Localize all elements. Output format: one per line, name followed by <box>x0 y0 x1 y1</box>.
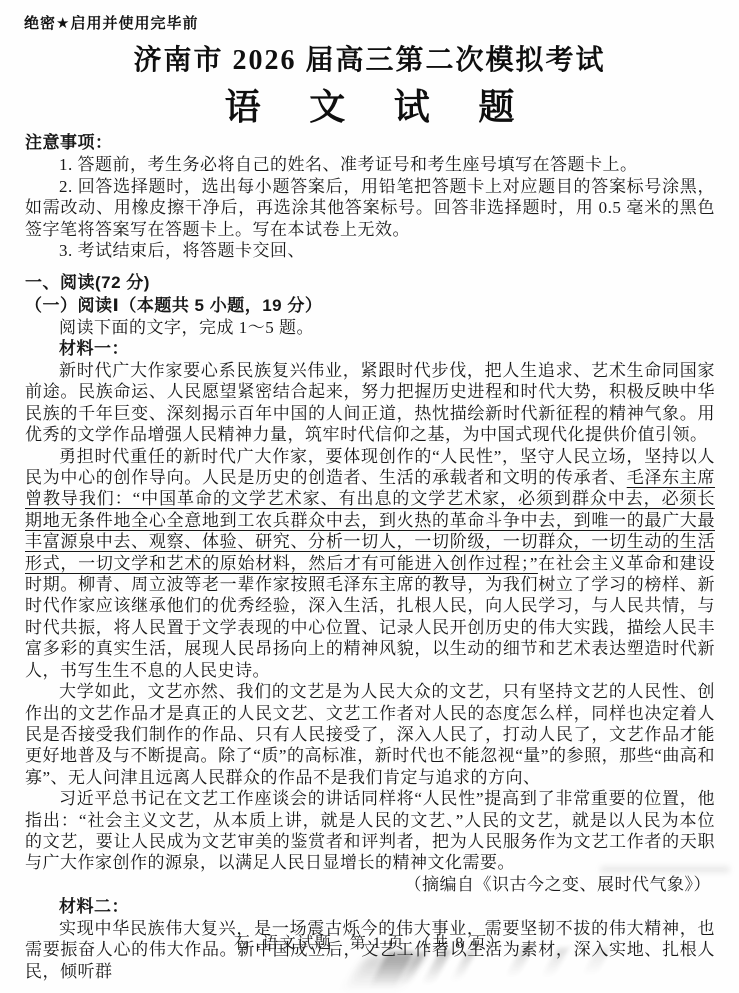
spacer <box>25 262 715 271</box>
material-one-paragraph: 大学如此，文艺亦然、我们的文艺是为人民大众的文艺，只有坚持文艺的人民性、创作出的… <box>25 681 715 788</box>
material-one-paragraph: 勇担时代重任的新时代广大作家，要体现创作的“人民性”，坚守人民立场，坚持以人民为… <box>25 446 715 681</box>
material-one-paragraph: 习近平总书记在文艺工作座谈会的讲话同样将“人民性”提高到了非常重要的位置，他指出… <box>25 788 715 874</box>
notice-heading: 注意事项： <box>25 131 715 154</box>
material-one-label: 材料一： <box>25 338 715 360</box>
reading-instruction: 阅读下面的文字，完成 1～5 题。 <box>25 317 715 339</box>
exam-title: 济南市 2026 届高三第二次模拟考试 <box>0 38 739 78</box>
material-one-paragraph: 新时代广大作家要心系民族复兴伟业，紧跟时代步伐，把人生追求、艺术生命同国家前途。… <box>25 360 715 446</box>
material-two-label: 材料二： <box>25 896 715 918</box>
notice-item-3: 3. 考试结束后，将答题卡交回、 <box>25 240 715 262</box>
material-one-attribution: （摘编自《识古今之变、展时代气象》） <box>25 874 715 896</box>
section-heading-reading: 一、阅读(72 分) <box>25 271 715 294</box>
notice-item-1: 1. 答题前，考生务必将自己的姓名、准考证号和考生座号填写在答题卡上。 <box>25 154 715 176</box>
paper-title: 语 文 试 题 <box>0 79 739 130</box>
page-footer: 石 .语文试题 第 1 页 （共 8 页） <box>0 930 739 953</box>
notice-item-2: 2. 回答选择题时，选出每小题答案后，用铅笔把答题卡上对应题目的答案标号涂黑，如… <box>25 176 715 241</box>
security-classification: 绝密★启用并使用完毕前 <box>24 12 198 33</box>
scan-smudge <box>600 866 730 873</box>
exam-paper-page: 绝密★启用并使用完毕前 济南市 2026 届高三第二次模拟考试 语 文 试 题 … <box>0 0 739 993</box>
subsection-heading-reading-1: （一）阅读Ⅰ（本题共 5 小题，19 分） <box>25 294 715 317</box>
page-content: 注意事项： 1. 答题前，考生务必将自己的姓名、准考证号和考生座号填写在答题卡上… <box>25 131 715 982</box>
